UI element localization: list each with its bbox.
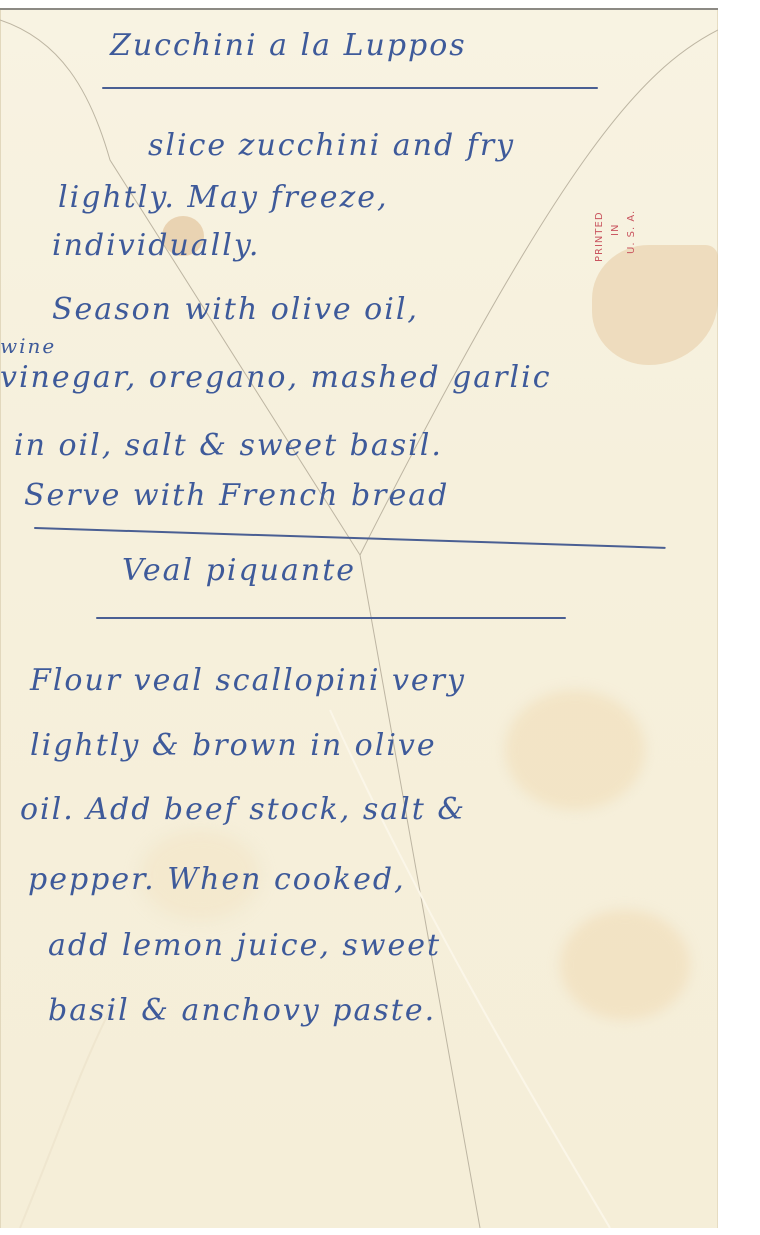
recipe-2-title-underline bbox=[96, 617, 566, 619]
recipe-1-title-underline bbox=[102, 87, 598, 89]
recipe-1-line: in oil, salt & sweet basil. bbox=[14, 428, 443, 463]
recipe-2-line: add lemon juice, sweet bbox=[48, 928, 441, 963]
recipe-1-insert-wine: wine bbox=[0, 334, 56, 358]
recipe-1-line: individually. bbox=[52, 228, 260, 263]
recipe-1-title: Zucchini a la Luppos bbox=[110, 28, 467, 63]
recipe-2-line: lightly & brown in olive bbox=[30, 728, 437, 763]
recipe-2-line: oil. Add beef stock, salt & bbox=[20, 792, 466, 827]
imprint-line-1: PRINTED bbox=[594, 211, 605, 262]
recipe-1-line: lightly. May freeze, bbox=[58, 180, 389, 215]
recipe-2-line: Flour veal scallopini very bbox=[30, 663, 466, 698]
recipe-1-line: vinegar, oregano, mashed garlic bbox=[0, 360, 552, 395]
recipe-1-line: slice zucchini and fry bbox=[148, 128, 515, 163]
printed-in-usa-imprint: PRINTED IN U. S. A. bbox=[588, 262, 658, 362]
stain bbox=[560, 910, 690, 1020]
recipe-1-line: Season with olive oil, bbox=[52, 292, 419, 327]
recipe-2-line: pepper. When cooked, bbox=[28, 862, 406, 897]
imprint-line-2: IN bbox=[610, 224, 621, 236]
stain bbox=[505, 690, 645, 810]
imprint-line-3: U. S. A. bbox=[626, 210, 637, 254]
recipe-1-line: Serve with French bread bbox=[24, 478, 449, 513]
recipe-2-title: Veal piquante bbox=[122, 553, 356, 588]
recipe-2-line: basil & anchovy paste. bbox=[48, 993, 436, 1028]
